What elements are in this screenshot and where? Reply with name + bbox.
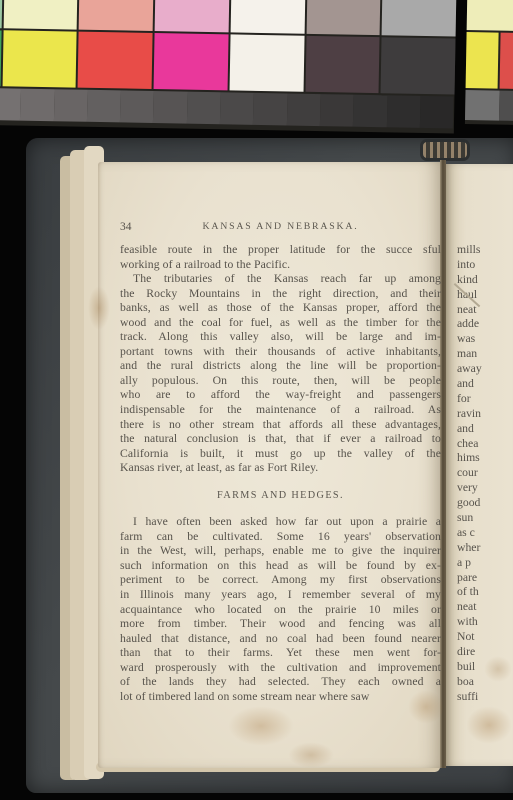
partial-text-line: away bbox=[457, 362, 513, 377]
color-patch bbox=[382, 0, 457, 37]
partial-text-line: a p bbox=[457, 556, 513, 571]
text-line: there is no other stream that affords al… bbox=[120, 418, 441, 433]
text-line: portant towns with their thousands of ac… bbox=[120, 345, 441, 360]
text-line: periment to be correct. Among my first o… bbox=[120, 573, 441, 588]
color-patch bbox=[79, 0, 154, 31]
color-patch bbox=[155, 0, 230, 32]
calibration-saturated-row bbox=[0, 28, 456, 95]
partial-text-line: ravin bbox=[457, 407, 513, 422]
left-page-body-text: feasible route in the proper latitude fo… bbox=[120, 243, 441, 704]
partial-text-line: wher bbox=[457, 541, 513, 556]
gray-step bbox=[253, 93, 287, 126]
text-line: banks, as well as those of the Kansas pr… bbox=[120, 301, 441, 316]
text-line: in the West, will, perhaps, enable me to… bbox=[120, 544, 441, 559]
text-line: I have often been asked how far out upon… bbox=[120, 515, 441, 530]
gray-step bbox=[187, 92, 221, 125]
text-line: feasible route in the proper latitude fo… bbox=[120, 243, 441, 258]
partial-text-line: suffi bbox=[457, 690, 513, 705]
fragment-pastel-row bbox=[467, 0, 513, 31]
color-patch bbox=[3, 0, 78, 30]
color-patch bbox=[500, 33, 513, 90]
text-line: working of a railroad to the Pacific. bbox=[120, 258, 441, 273]
partial-text-line: boa bbox=[457, 675, 513, 690]
gray-step bbox=[54, 89, 88, 122]
partial-text-line: cour bbox=[457, 466, 513, 481]
partial-text-line: and bbox=[457, 422, 513, 437]
text-line: such information on this head as will be… bbox=[120, 559, 441, 574]
partial-text-line: and bbox=[457, 377, 513, 392]
text-line: of the lands they had selected. They eac… bbox=[120, 675, 441, 690]
partial-text-line: adde bbox=[457, 317, 513, 332]
color-patch bbox=[2, 30, 77, 87]
fragment-gray-wedge bbox=[465, 90, 513, 121]
gray-step bbox=[353, 95, 387, 128]
partial-text-line: with bbox=[457, 615, 513, 630]
text-line: in Illinois many years ago, I remember s… bbox=[120, 588, 441, 603]
gray-step bbox=[153, 91, 187, 124]
text-line: wood and the coal for fuel, as well as t… bbox=[120, 316, 441, 331]
text-line: California is built, it must go up the v… bbox=[120, 447, 441, 462]
gray-step bbox=[120, 90, 154, 123]
fragment-saturated-row bbox=[466, 30, 513, 89]
color-patch bbox=[78, 32, 153, 89]
text-line: acquaintance who located on the prairie … bbox=[120, 603, 441, 618]
running-header: KANSAS AND NEBRASKA. bbox=[120, 221, 441, 232]
gray-step bbox=[386, 95, 420, 128]
color-patch bbox=[467, 0, 513, 31]
partial-text-line: Not bbox=[457, 630, 513, 645]
color-patch bbox=[154, 33, 229, 90]
partial-text-line: was bbox=[457, 332, 513, 347]
partial-text-line: sun bbox=[457, 511, 513, 526]
partial-text-line: good bbox=[457, 496, 513, 511]
partial-text-line: pare bbox=[457, 571, 513, 586]
color-patch bbox=[305, 36, 380, 93]
partial-text-line: for bbox=[457, 392, 513, 407]
text-line: who are to afford the way-freight and pa… bbox=[120, 388, 441, 403]
color-patch bbox=[230, 0, 305, 34]
text-line: ward prosperously with the cultivation a… bbox=[120, 661, 441, 676]
text-line: ally populous. On this route, then, will… bbox=[120, 374, 441, 389]
partial-text-line: neat bbox=[457, 303, 513, 318]
gray-step bbox=[20, 89, 54, 122]
gray-step bbox=[0, 88, 21, 121]
partial-text-line: as c bbox=[457, 526, 513, 541]
text-line: lot of timbered land on some stream near… bbox=[120, 690, 441, 705]
text-line: Kansas river, at least, as far as Fort R… bbox=[120, 461, 441, 476]
section-heading: FARMS AND HEDGES. bbox=[120, 489, 441, 504]
partial-text-line: chea bbox=[457, 437, 513, 452]
text-line: farm can be cultivated. Some 16 years' o… bbox=[120, 530, 441, 545]
gray-step bbox=[499, 91, 513, 122]
color-patch bbox=[466, 32, 499, 89]
color-patch bbox=[306, 0, 381, 35]
gray-step bbox=[87, 90, 121, 123]
text-line: more from timber. Their wood and fencing… bbox=[120, 617, 441, 632]
gray-step bbox=[220, 92, 254, 125]
partial-text-line: into bbox=[457, 258, 513, 273]
partial-text-line: buil bbox=[457, 660, 513, 675]
color-calibration-chart bbox=[0, 0, 457, 134]
text-line: The tributaries of the Kansas reach far … bbox=[120, 272, 441, 287]
calibration-gray-wedge bbox=[0, 88, 454, 129]
gray-step bbox=[465, 90, 500, 121]
scanned-book-photograph: 34 KANSAS AND NEBRASKA. feasible route i… bbox=[0, 0, 513, 800]
text-line: indispensable for the maintenance of a r… bbox=[120, 403, 441, 418]
partial-text-line: very bbox=[457, 481, 513, 496]
text-line: than that to their farms. Yet these men … bbox=[120, 646, 441, 661]
gray-step bbox=[287, 93, 321, 126]
text-line: and the rural districts along the line w… bbox=[120, 359, 441, 374]
partial-text-line: dire bbox=[457, 645, 513, 660]
right-page-partial-text: millsintokindhaulneataddewasmanawayandfo… bbox=[457, 243, 513, 705]
text-line: hauled that distance, and no coal had be… bbox=[120, 632, 441, 647]
partial-text-line: of th bbox=[457, 585, 513, 600]
text-line: track. Along this valley also, will be l… bbox=[120, 330, 441, 345]
color-patch bbox=[0, 30, 1, 86]
book-headband bbox=[420, 139, 470, 161]
partial-text-line: neat bbox=[457, 600, 513, 615]
text-line: the natural conclusion is that, that if … bbox=[120, 432, 441, 447]
color-calibration-chart-fragment bbox=[465, 0, 513, 125]
color-patch bbox=[381, 37, 456, 94]
color-patch bbox=[229, 34, 304, 91]
color-patch bbox=[0, 0, 3, 28]
gray-step bbox=[320, 94, 354, 127]
partial-text-line: mills bbox=[457, 243, 513, 258]
text-line: the Rocky Mountains in the right directi… bbox=[120, 287, 441, 302]
page-header-row: 34 KANSAS AND NEBRASKA. bbox=[120, 221, 441, 235]
partial-text-line: man bbox=[457, 347, 513, 362]
partial-text-line: hims bbox=[457, 451, 513, 466]
partial-text-line: kind bbox=[457, 273, 513, 288]
gray-step bbox=[420, 96, 454, 129]
